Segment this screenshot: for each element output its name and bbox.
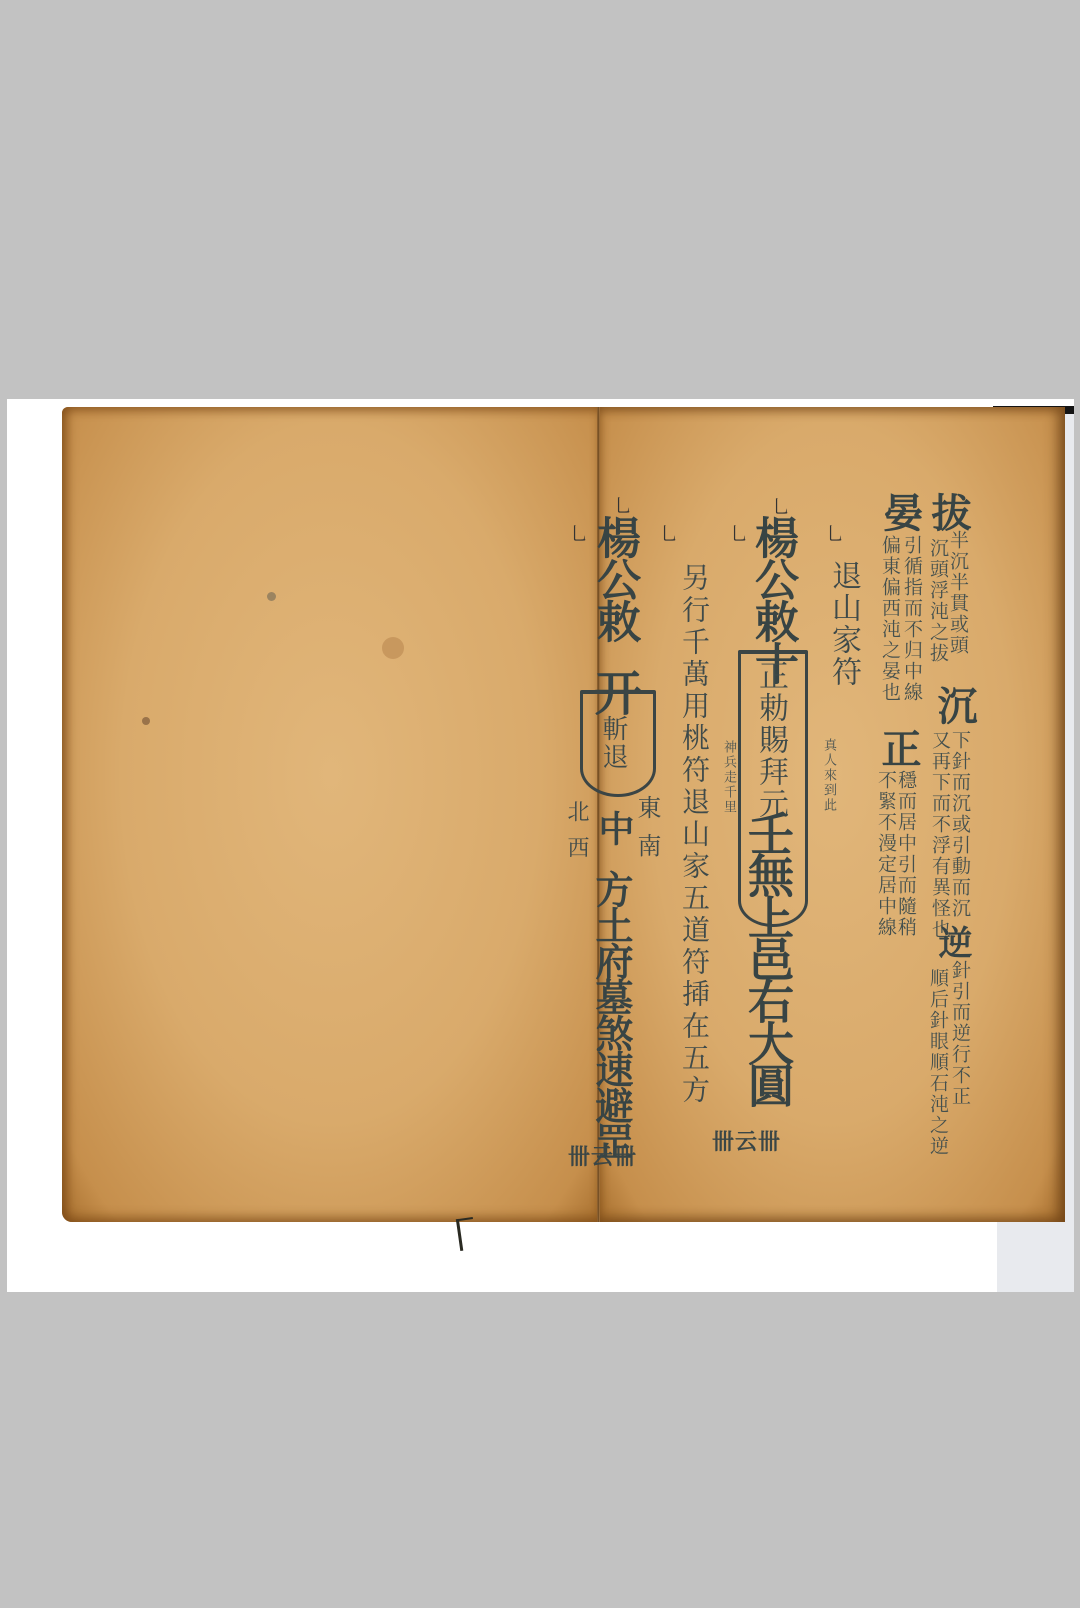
note-yan: 偏東偏西沌之晏也	[880, 535, 899, 703]
manuscript-book	[70, 407, 995, 1222]
talisman-main-bottom: 壬無上邑右大圓	[745, 810, 791, 1104]
talisman2-box-text: 斬退	[600, 715, 626, 771]
talisman-small-note: 神兵走千里	[722, 740, 735, 815]
heading-yan: 晏	[880, 492, 920, 534]
talisman-side-note: 真人來到此	[822, 738, 835, 813]
note-ni: 順后針眼順石沌之逆	[928, 968, 947, 1157]
instruction-column: 另行千萬用桃符退山家五道符揷在五方	[680, 563, 708, 1107]
tick-mark: 乚	[660, 520, 678, 546]
tick-mark: 乚	[570, 520, 588, 546]
stain	[142, 717, 150, 725]
heading-zheng: 正	[878, 728, 918, 770]
note-ba: 沉頭浮沌之拔	[928, 538, 947, 664]
directions-north-west: 北西	[565, 800, 587, 872]
directions-east-south: 東南	[635, 795, 659, 871]
stain	[382, 637, 404, 659]
talisman2-main-top: 楊公敕	[592, 515, 636, 641]
title-tuishanjiafu: 退山家符	[828, 560, 858, 688]
note-ni-right: 針引而逆行不正	[950, 960, 969, 1107]
note-zheng: 不緊不漫定居中線	[876, 770, 895, 938]
stain	[267, 592, 276, 601]
heading-ni: 逆	[935, 925, 969, 961]
note-ba-right: 半沉半貫或頭	[948, 530, 967, 656]
note-yan-right: 引循指而不归中線	[902, 535, 921, 703]
talisman2-main-bottom: 方土府墓煞速避罡	[592, 870, 630, 1158]
tick-mark: 乚	[826, 520, 844, 546]
note-zheng-right: 穩而居中引而隨稍	[896, 770, 915, 938]
signature-mark: 卌云卌	[568, 1140, 637, 1171]
signature-mark: 卌云卌	[712, 1125, 781, 1156]
note-chen-right: 下針而沉或引動而沉	[950, 730, 969, 919]
left-page	[62, 407, 600, 1222]
note-chen: 又再下而不浮有異怪也	[930, 730, 949, 940]
heading-chen: 沉	[934, 685, 974, 727]
tick-mark: 乚	[730, 520, 748, 546]
heading-ba: 拔	[928, 492, 968, 534]
talisman-box-text: 正勅賜拜元	[755, 660, 785, 820]
direction-center: 中	[596, 810, 632, 848]
